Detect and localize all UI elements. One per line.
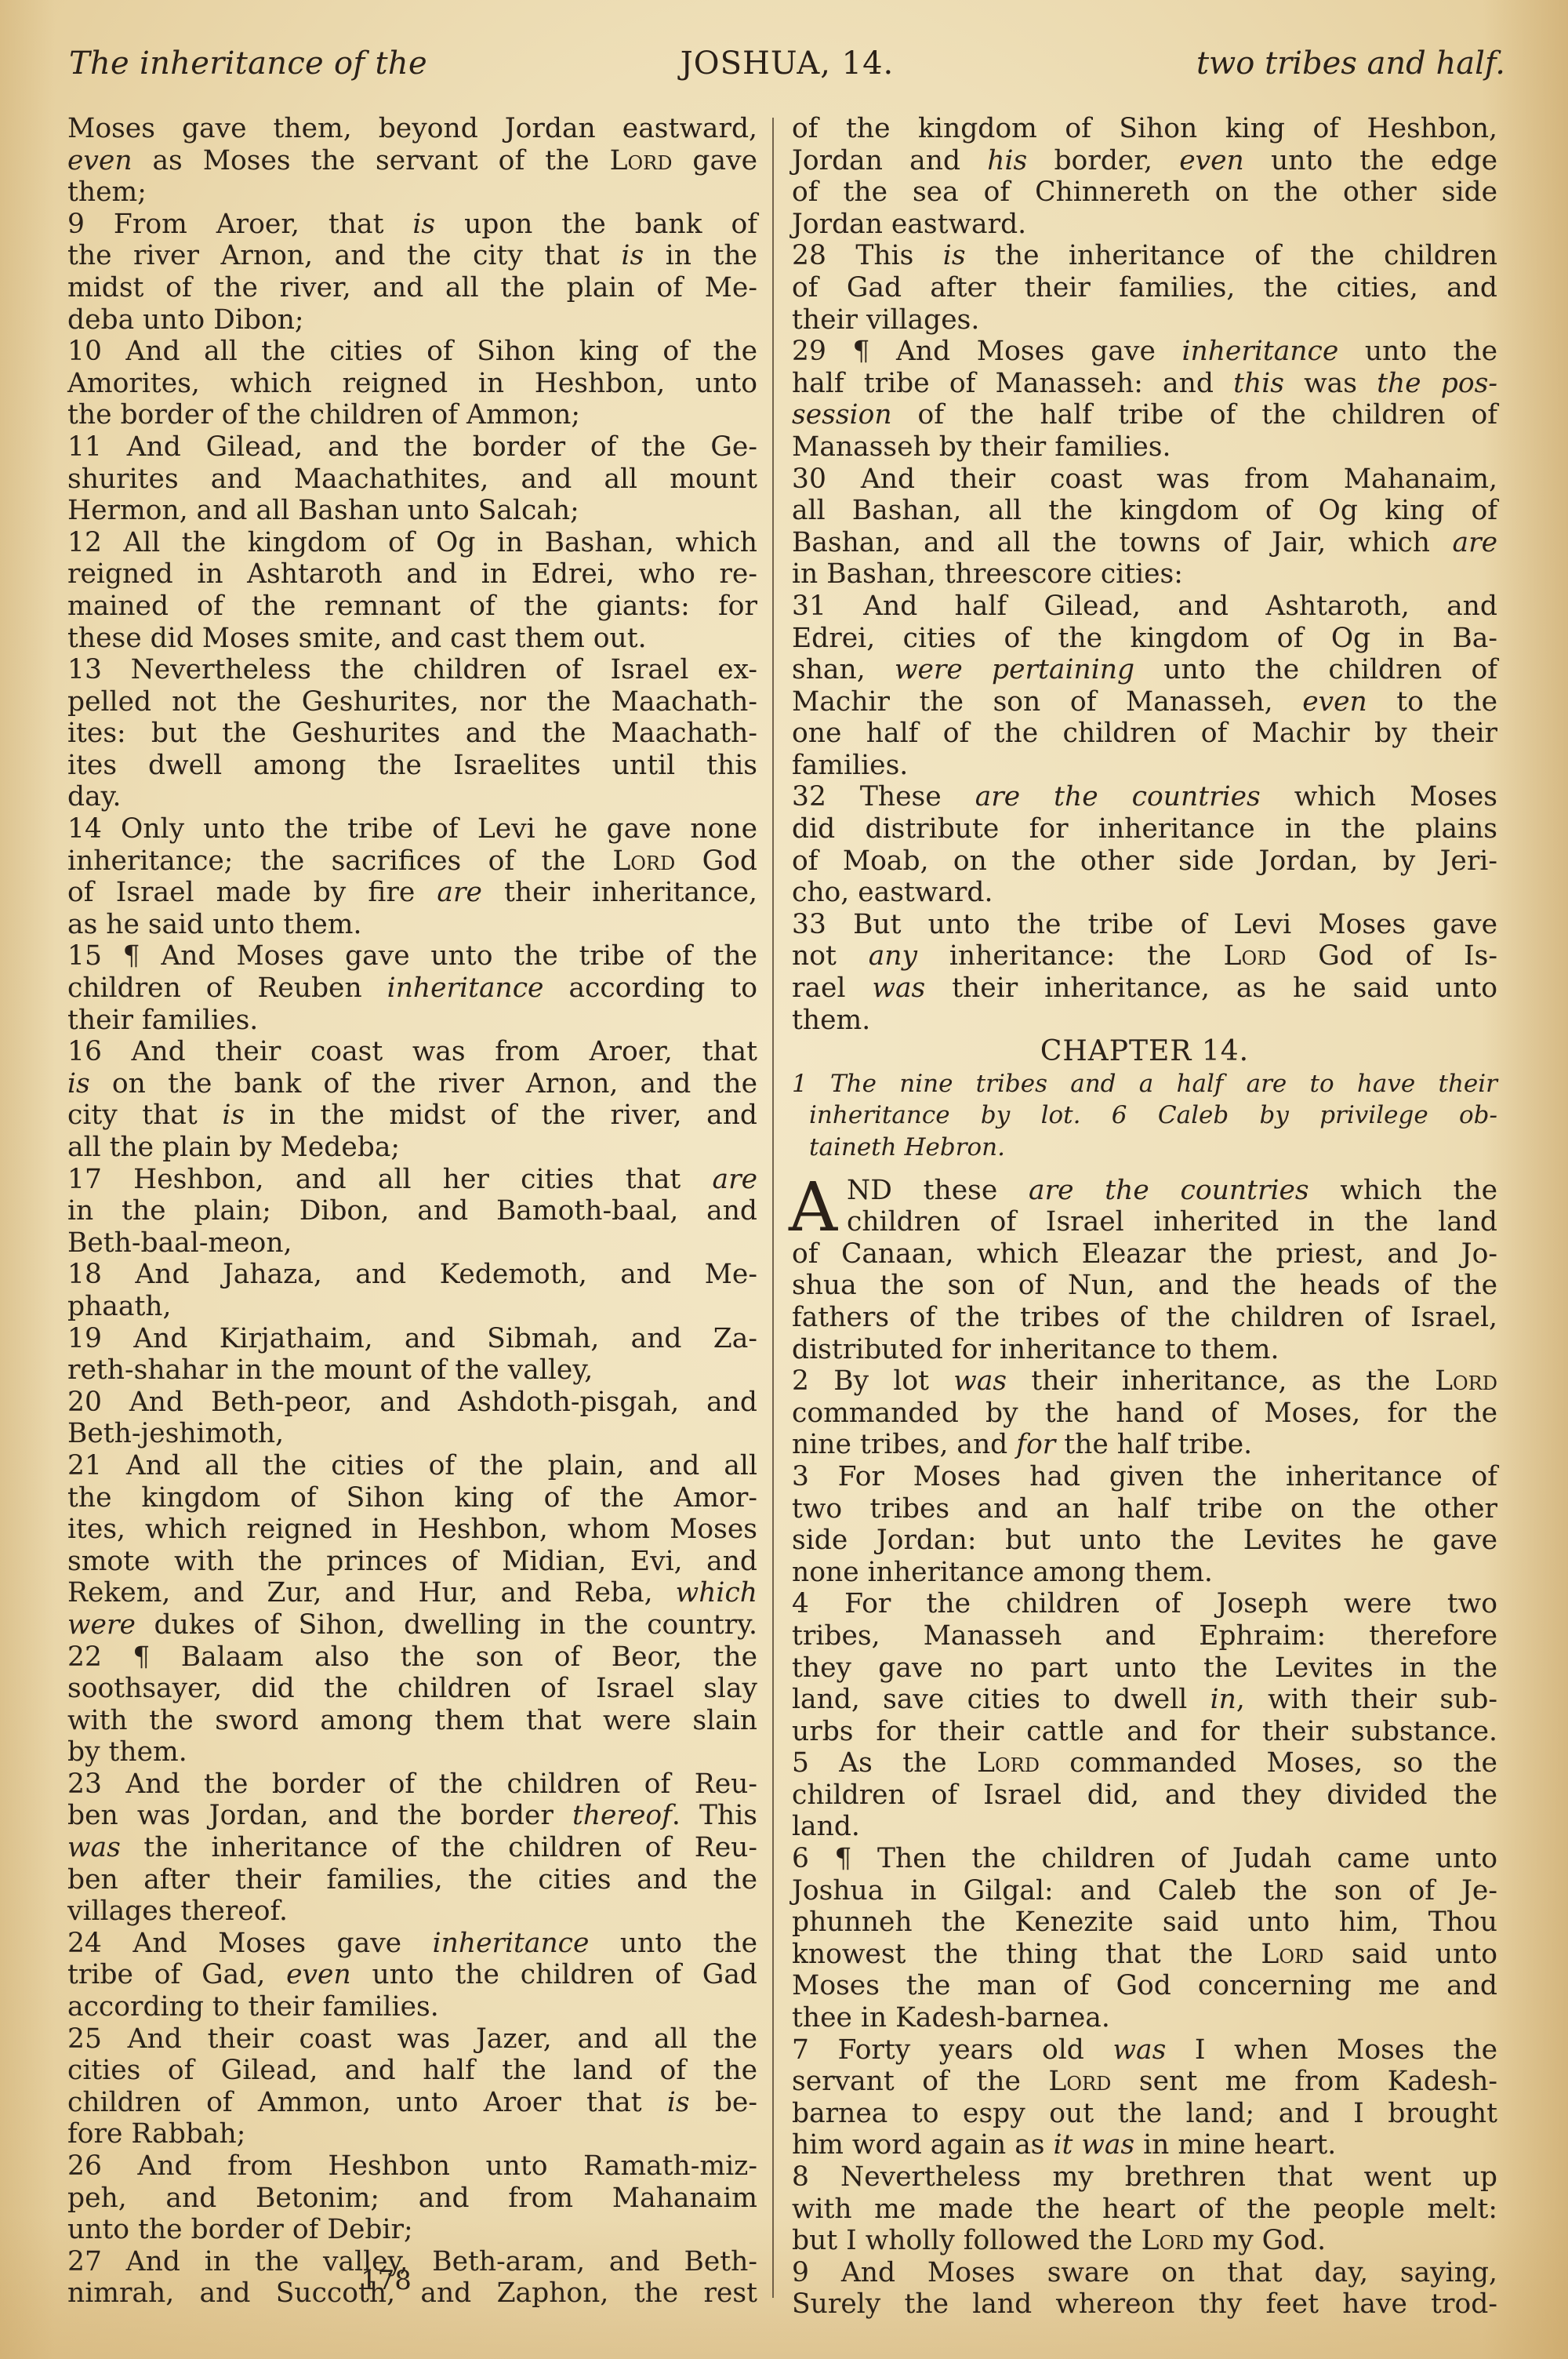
- text-line: the kingdom of Sihon king of the Amor-: [67, 1482, 757, 1514]
- text-line: children of Israel inherited in the land: [847, 1206, 1497, 1238]
- text-run: distributed for inheritance to them.: [792, 1334, 1279, 1365]
- text-run: , with their sub-: [1236, 1684, 1497, 1715]
- text-run: 26 And from Heshbon unto Ramath-miz-: [67, 2150, 757, 2182]
- text-run: 17 Heshbon, and all her cities that: [67, 1164, 713, 1195]
- text-run: knowest the thing that the: [792, 1939, 1261, 1970]
- text-line: 18 And Jahaza, and Kedemoth, and Me-: [67, 1259, 757, 1291]
- italic-supplied-word: is: [621, 240, 644, 271]
- text-run: the river Arnon, and the city that: [67, 240, 621, 271]
- text-line: 7 Forty years old was I when Moses the: [792, 2034, 1497, 2066]
- text-line: shurites and Maachathites, and all mount: [67, 463, 757, 496]
- text-line: with the sword among them that were slai…: [67, 1705, 757, 1737]
- text-line: smote with the princes of Midian, Evi, a…: [67, 1546, 757, 1578]
- text-line: deba unto Dibon;: [67, 304, 757, 336]
- text-run: border,: [1027, 145, 1179, 176]
- text-line: session of the half tribe of the childre…: [792, 399, 1497, 431]
- text-line: mained of the remnant of the giants: for: [67, 591, 757, 623]
- text-line: Hermon, and all Bashan unto Salcah;: [67, 495, 757, 527]
- text-run: their inheritance, as he said unto: [925, 972, 1497, 1004]
- text-line: 6 ¶ Then the children of Judah came unto: [792, 1843, 1497, 1875]
- text-line: of Canaan, which Eleazar the priest, and…: [792, 1238, 1497, 1270]
- text-line: 12 All the kingdom of Og in Bashan, whic…: [67, 527, 757, 559]
- text-line: Rekem, and Zur, and Hur, and Reba, which: [67, 1577, 757, 1609]
- text-line: urbs for their cattle and for their subs…: [792, 1716, 1497, 1748]
- text-run: ben was Jordan, and the border: [67, 1800, 572, 1831]
- text-line: 31 And half Gilead, and Ashtaroth, and: [792, 591, 1497, 623]
- text-run: unto the: [589, 1928, 757, 1959]
- text-run: their inheritance,: [482, 877, 757, 908]
- text-line: side Jordan: but unto the Levites he gav…: [792, 1525, 1497, 1557]
- text-line: land.: [792, 1811, 1497, 1843]
- text-run: tribe of Gad,: [67, 1959, 286, 1990]
- text-run: children of Ammon, unto Aroer that: [67, 2087, 667, 2118]
- small-caps-lord: Lord: [1224, 940, 1287, 972]
- text-line: ben was Jordan, and the border thereof. …: [67, 1800, 757, 1832]
- text-run: of the sea of Chinnereth on the other si…: [792, 176, 1497, 208]
- text-line: reth-shahar in the mount of the valley,: [67, 1354, 757, 1387]
- text-line: 11 And Gilead, and the border of the Ge-: [67, 431, 757, 463]
- text-line: them;: [67, 176, 757, 209]
- text-run: 29 ¶ And Moses gave: [792, 336, 1181, 367]
- text-line: even as Moses the servant of the Lord ga…: [67, 145, 757, 177]
- text-run: children of Israel inherited in the land: [847, 1206, 1497, 1238]
- italic-supplied-word: are: [713, 1164, 757, 1195]
- text-line: 16 And their coast was from Aroer, that: [67, 1036, 757, 1068]
- chapter-heading: CHAPTER 14.: [792, 1036, 1497, 1068]
- text-run: God of Is-: [1286, 940, 1497, 972]
- text-run: villages thereof.: [67, 1896, 288, 1927]
- italic-supplied-word: was: [67, 1832, 121, 1863]
- text-run: my God.: [1204, 2225, 1327, 2256]
- text-line: 14 Only unto the tribe of Levi he gave n…: [67, 813, 757, 845]
- text-run: 20 And Beth-peor, and Ashdoth-pisgah, an…: [67, 1387, 757, 1418]
- text-run: Rekem, and Zur, and Hur, and Reba,: [67, 1577, 676, 1608]
- text-run: which Moses: [1261, 781, 1497, 812]
- italic-supplied-word: his: [987, 145, 1027, 176]
- text-line: 17 Heshbon, and all her cities that are: [67, 1164, 757, 1196]
- text-line: tribes, Manasseh and Ephraim: therefore: [792, 1620, 1497, 1652]
- text-run: Beth-jeshimoth,: [67, 1418, 284, 1449]
- text-run: unto the children of: [1134, 654, 1497, 685]
- text-line: in Bashan, threescore cities:: [792, 558, 1497, 591]
- text-run: peh, and Betonim; and from Mahanaim: [67, 2183, 757, 2214]
- text-run: 5 As the: [792, 1747, 977, 1779]
- italic-supplied-word: inheritance: [1181, 336, 1338, 367]
- text-line: of the kingdom of Sihon king of Heshbon,: [792, 113, 1497, 145]
- text-run: half tribe of Manasseh: and: [792, 368, 1233, 399]
- text-line: 21 And all the cities of the plain, and …: [67, 1450, 757, 1482]
- text-run: which the: [1309, 1175, 1497, 1206]
- text-run: cities of Gilead, and half the land of t…: [67, 2055, 757, 2086]
- italic-supplied-word: which: [676, 1577, 757, 1608]
- text-run: Machir the son of Manasseh,: [792, 686, 1302, 718]
- text-run: them.: [792, 1005, 870, 1036]
- text-run: soothsayer, did the children of Israel s…: [67, 1673, 757, 1704]
- text-line: unto the border of Debir;: [67, 2214, 757, 2246]
- text-run: the border of the children of Ammon;: [67, 399, 580, 431]
- text-run: 6 ¶ Then the children of Judah came unto: [792, 1843, 1497, 1874]
- text-run: according to: [543, 972, 757, 1004]
- text-run: 10 And all the cities of Sihon king of t…: [67, 336, 757, 367]
- italic-supplied-word: even: [67, 145, 132, 176]
- left-column: Moses gave them, beyond Jordan eastward,…: [67, 113, 757, 2310]
- text-line: him word again as it was in mine heart.: [792, 2129, 1497, 2161]
- text-run: in the midst of the river, and: [245, 1100, 757, 1131]
- italic-supplied-word: was: [953, 1365, 1007, 1397]
- text-run: ites dwell among the Israelites until th…: [67, 750, 757, 781]
- text-line: these did Moses smite, and cast them out…: [67, 623, 757, 655]
- text-run: their villages.: [792, 304, 979, 336]
- text-line: commanded by the hand of Moses, for the: [792, 1398, 1497, 1430]
- text-run: not: [792, 940, 869, 972]
- text-run: Joshua in Gilgal: and Caleb the son of J…: [792, 1875, 1497, 1906]
- text-run: ND these: [847, 1175, 1029, 1206]
- text-run: of Moab, on the other side Jordan, by Je…: [792, 845, 1497, 877]
- text-line: children of Reuben inheritance according…: [67, 972, 757, 1005]
- text-line: 33 But unto the tribe of Levi Moses gave: [792, 909, 1497, 941]
- text-line: families.: [792, 750, 1497, 782]
- text-line: Beth-baal-meon,: [67, 1227, 757, 1259]
- text-line: 24 And Moses gave inheritance unto the: [67, 1928, 757, 1960]
- text-line: 5 As the Lord commanded Moses, so the: [792, 1747, 1497, 1779]
- italic-supplied-word: are: [437, 877, 481, 908]
- italic-supplied-word: were: [67, 1609, 136, 1641]
- page-shadow-left: [0, 0, 55, 2359]
- text-run: reigned in Ashtaroth and in Edrei, who r…: [67, 558, 757, 590]
- text-line: midst of the river, and all the plain of…: [67, 272, 757, 304]
- text-run: rael: [792, 972, 872, 1004]
- italic-supplied-word: any: [869, 940, 917, 972]
- text-run: tribes, Manasseh and Ephraim: therefore: [792, 1620, 1497, 1652]
- text-run: as Moses the servant of the: [132, 145, 610, 176]
- text-run: dukes of Sihon, dwelling in the country.: [136, 1609, 757, 1641]
- italic-supplied-word: are the countries: [975, 781, 1261, 812]
- text-run: 24 And Moses gave: [67, 1928, 433, 1959]
- text-line: thee in Kadesh-barnea.: [792, 2002, 1497, 2034]
- text-line: all the plain by Medeba;: [67, 1132, 757, 1164]
- text-line: Moses the man of God concerning me and: [792, 1970, 1497, 2002]
- text-run: these did Moses smite, and cast them out…: [67, 623, 647, 654]
- text-run: 28 This: [792, 240, 943, 271]
- text-run: shua the son of Nun, and the heads of th…: [792, 1270, 1497, 1301]
- italic-supplied-word: were pertaining: [895, 654, 1134, 685]
- italic-supplied-word: in: [1210, 1684, 1236, 1715]
- text-run: thee in Kadesh-barnea.: [792, 2002, 1110, 2034]
- text-line: cho, eastward.: [792, 877, 1497, 909]
- text-run: 22 ¶ Balaam also the son of Beor, the: [67, 1641, 757, 1673]
- text-line: Moses gave them, beyond Jordan eastward,: [67, 113, 757, 145]
- text-run: commanded by the hand of Moses, for the: [792, 1398, 1497, 1429]
- right-column: of the kingdom of Sihon king of Heshbon,…: [792, 113, 1497, 2321]
- text-run: sent me from Kadesh-: [1111, 2066, 1497, 2097]
- text-run: 31 And half Gilead, and Ashtaroth, and: [792, 591, 1497, 622]
- text-line: they gave no part unto the Levites in th…: [792, 1652, 1497, 1685]
- small-caps-lord: Lord: [612, 845, 675, 877]
- text-line: 19 And Kirjathaim, and Sibmah, and Za-: [67, 1323, 757, 1355]
- text-line: Surely the land whereon thy feet have tr…: [792, 2288, 1497, 2321]
- text-line: their villages.: [792, 304, 1497, 336]
- text-run: 9 From Aroer, that: [67, 209, 412, 240]
- text-line: day.: [67, 781, 757, 813]
- text-run: with me made the heart of the people mel…: [792, 2194, 1497, 2225]
- text-line: of the sea of Chinnereth on the other si…: [792, 176, 1497, 209]
- text-line: 22 ¶ Balaam also the son of Beor, the: [67, 1641, 757, 1674]
- text-line: ites: but the Geshurites and the Maachat…: [67, 718, 757, 750]
- text-line: none inheritance among them.: [792, 1557, 1497, 1589]
- text-run: Moses gave them, beyond Jordan eastward,: [67, 113, 757, 144]
- chapter-summary: 1 The nine tribes and a half are to have…: [792, 1068, 1497, 1164]
- text-line: inheritance; the sacrifices of the Lord …: [67, 845, 757, 878]
- text-run: Hermon, and all Bashan unto Salcah;: [67, 495, 579, 526]
- text-line: did distribute for inheritance in the pl…: [792, 813, 1497, 845]
- text-run: I when Moses the: [1166, 2034, 1497, 2066]
- text-run: 25 And their coast was Jazer, and all th…: [67, 2023, 757, 2055]
- text-run: as he said unto them.: [67, 909, 361, 940]
- text-line: half tribe of Manasseh: and this was the…: [792, 368, 1497, 400]
- text-line: 28 This is the inheritance of the childr…: [792, 240, 1497, 272]
- text-line: 13 Nevertheless the children of Israel e…: [67, 654, 757, 686]
- text-run: reth-shahar in the mount of the valley,: [67, 1354, 593, 1386]
- italic-supplied-word: is: [667, 2087, 690, 2118]
- text-line: according to their families.: [67, 1991, 757, 2023]
- text-run: Manasseh by their families.: [792, 431, 1171, 463]
- right-column-verses: of the kingdom of Sihon king of Heshbon,…: [792, 113, 1497, 1036]
- text-run: with the sword among them that were slai…: [67, 1705, 757, 1736]
- text-run: 30 And their coast was from Mahanaim,: [792, 463, 1497, 495]
- text-run: 8 Nevertheless my brethren that went up: [792, 2161, 1497, 2193]
- italic-supplied-word: is: [412, 209, 435, 240]
- text-run: land.: [792, 1811, 860, 1842]
- text-run: inheritance; the sacrifices of the: [67, 845, 612, 877]
- text-run: children of Israel did, and they divided…: [792, 1779, 1497, 1811]
- text-run: fore Rabbah;: [67, 2118, 245, 2150]
- text-run: the inheritance of the children of Reu-: [121, 1832, 757, 1863]
- text-run: 3 For Moses had given the inheritance of: [792, 1461, 1497, 1492]
- small-caps-lord: Lord: [610, 145, 673, 176]
- text-run: Moses the man of God concerning me and: [792, 1970, 1497, 2001]
- text-line: their families.: [67, 1005, 757, 1037]
- text-line: of Israel made by fire are their inherit…: [67, 877, 757, 909]
- text-line: ben after their families, the cities and…: [67, 1864, 757, 1896]
- text-run: of Canaan, which Eleazar the priest, and…: [792, 1238, 1497, 1270]
- text-line: fore Rabbah;: [67, 2118, 757, 2150]
- text-run: 12 All the kingdom of Og in Bashan, whic…: [67, 527, 757, 558]
- text-run: 11 And Gilead, and the border of the Ge-: [67, 431, 757, 463]
- text-line: shan, were pertaining unto the children …: [792, 654, 1497, 686]
- text-run: ites, which reigned in Heshbon, whom Mos…: [67, 1514, 757, 1545]
- text-run: 9 And Moses sware on that day, saying,: [792, 2257, 1497, 2288]
- italic-supplied-word: is: [67, 1068, 90, 1100]
- text-run: 19 And Kirjathaim, and Sibmah, and Za-: [67, 1323, 757, 1354]
- italic-supplied-word: are: [1453, 527, 1497, 558]
- text-run: 7 Forty years old: [792, 2034, 1112, 2066]
- italic-supplied-word: session: [792, 399, 892, 431]
- text-run: but I wholly followed the: [792, 2225, 1142, 2256]
- text-run: one half of the children of Machir by th…: [792, 718, 1497, 749]
- text-run: their families.: [67, 1005, 258, 1036]
- text-line: tribe of Gad, even unto the children of …: [67, 1959, 757, 1991]
- bible-page: The inheritance of the JOSHUA, 14. two t…: [0, 0, 1568, 2359]
- text-run: ites: but the Geshurites and the Maachat…: [67, 718, 757, 749]
- text-line: the border of the children of Ammon;: [67, 399, 757, 431]
- text-line: Joshua in Gilgal: and Caleb the son of J…: [792, 1875, 1497, 1907]
- text-run: 15 ¶ And Moses gave unto the tribe of th…: [67, 940, 757, 972]
- text-run: barnea to espy out the land; and I broug…: [792, 2098, 1497, 2129]
- text-line: Amorites, which reigned in Heshbon, unto: [67, 368, 757, 400]
- italic-supplied-word: thereof: [572, 1800, 672, 1831]
- italic-supplied-word: for: [1016, 1429, 1055, 1460]
- text-run: they gave no part unto the Levites in th…: [792, 1652, 1497, 1684]
- small-caps-lord: Lord: [1142, 2225, 1204, 2256]
- text-run: . This: [672, 1800, 757, 1831]
- text-run: Amorites, which reigned in Heshbon, unto: [67, 368, 757, 399]
- text-line: of Moab, on the other side Jordan, by Je…: [792, 845, 1497, 878]
- text-line: 4 For the children of Joseph were two: [792, 1588, 1497, 1620]
- text-run: their inheritance, as the: [1007, 1365, 1435, 1397]
- text-line: but I wholly followed the Lord my God.: [792, 2225, 1497, 2257]
- running-head: The inheritance of the JOSHUA, 14. two t…: [69, 41, 1505, 88]
- text-run: of the kingdom of Sihon king of Heshbon,: [792, 113, 1497, 144]
- text-run: cho, eastward.: [792, 877, 993, 908]
- text-line: were dukes of Sihon, dwelling in the cou…: [67, 1609, 757, 1641]
- text-run: in Bashan, threescore cities:: [792, 558, 1183, 590]
- spacer: [792, 1164, 1497, 1175]
- text-line: Manasseh by their families.: [792, 431, 1497, 463]
- text-run: nine tribes, and: [792, 1429, 1016, 1460]
- text-line: barnea to espy out the land; and I broug…: [792, 2098, 1497, 2130]
- text-run: did distribute for inheritance in the pl…: [792, 813, 1497, 845]
- text-line: 30 And their coast was from Mahanaim,: [792, 463, 1497, 496]
- text-line: in the plain; Dibon, and Bamoth-baal, an…: [67, 1195, 757, 1227]
- text-line: ites dwell among the Israelites until th…: [67, 750, 757, 782]
- text-line: 23 And the border of the children of Reu…: [67, 1768, 757, 1801]
- text-line: knowest the thing that the Lord said unt…: [792, 1939, 1497, 1971]
- text-run: day.: [67, 781, 122, 812]
- text-run: side Jordan: but unto the Levites he gav…: [792, 1525, 1497, 1556]
- text-line: the river Arnon, and the city that is in…: [67, 240, 757, 272]
- text-line: 9 And Moses sware on that day, saying,: [792, 2257, 1497, 2289]
- text-run: of Israel made by fire: [67, 877, 437, 908]
- text-line: 2 By lot was their inheritance, as the L…: [792, 1365, 1497, 1398]
- text-run: all Bashan, all the kingdom of Og king o…: [792, 495, 1497, 526]
- text-run: in mine heart.: [1134, 2129, 1336, 2161]
- text-run: servant of the: [792, 2066, 1048, 2097]
- text-line: fathers of the tribes of the children of…: [792, 1302, 1497, 1334]
- text-run: Edrei, cities of the kingdom of Og in Ba…: [792, 623, 1497, 654]
- text-run: 33 But unto the tribe of Levi Moses gave: [792, 909, 1497, 940]
- text-line: phaath,: [67, 1291, 757, 1323]
- small-caps-lord: Lord: [1261, 1939, 1323, 1970]
- italic-supplied-word: it was: [1053, 2129, 1134, 2161]
- text-run: Jordan and: [792, 145, 987, 176]
- text-run: all the plain by Medeba;: [67, 1132, 400, 1163]
- text-run: Surely the land whereon thy feet have tr…: [792, 2288, 1497, 2320]
- text-run: unto the: [1338, 336, 1497, 367]
- text-run: 4 For the children of Joseph were two: [792, 1588, 1497, 1619]
- text-line: distributed for inheritance to them.: [792, 1334, 1497, 1366]
- text-line: shua the son of Nun, and the heads of th…: [792, 1270, 1497, 1302]
- text-run: shurites and Maachathites, and all mount: [67, 463, 757, 495]
- text-run: Beth-baal-meon,: [67, 1227, 292, 1259]
- text-run: unto the border of Debir;: [67, 2214, 413, 2245]
- text-run: midst of the river, and all the plain of…: [67, 272, 757, 304]
- text-line: Jordan eastward.: [792, 209, 1497, 241]
- text-run: fathers of the tribes of the children of…: [792, 1302, 1497, 1333]
- text-run: land, save cities to dwell: [792, 1684, 1210, 1715]
- text-line: 3 For Moses had given the inheritance of: [792, 1461, 1497, 1493]
- text-run: be-: [690, 2087, 757, 2118]
- text-run: mained of the remnant of the giants: for: [67, 591, 757, 622]
- italic-supplied-word: the pos-: [1377, 368, 1497, 399]
- text-run: phaath,: [67, 1291, 172, 1322]
- text-run: phunneh the Kenezite said unto him, Thou: [792, 1906, 1497, 1938]
- chapter-opening: A ND these are the countries which thech…: [792, 1175, 1497, 1238]
- page-number: 178: [0, 2265, 772, 2296]
- text-run: 18 And Jahaza, and Kedemoth, and Me-: [67, 1259, 757, 1290]
- text-run: him word again as: [792, 2129, 1053, 2161]
- text-line: two tribes and an half tribe on the othe…: [792, 1493, 1497, 1525]
- text-run: deba unto Dibon;: [67, 304, 304, 336]
- small-caps-lord: Lord: [977, 1747, 1040, 1779]
- text-run: in the: [644, 240, 757, 271]
- text-line: is on the bank of the river Arnon, and t…: [67, 1068, 757, 1100]
- text-line: by them.: [67, 1736, 757, 1768]
- text-run: ben after their families, the cities and…: [67, 1864, 757, 1896]
- italic-supplied-word: inheritance: [433, 1928, 590, 1959]
- text-run: them;: [67, 176, 147, 208]
- text-line: rael was their inheritance, as he said u…: [792, 972, 1497, 1005]
- text-line: not any inheritance: the Lord God of Is-: [792, 940, 1497, 972]
- text-run: gave: [673, 145, 758, 176]
- text-run: God: [675, 845, 757, 877]
- text-run: unto the edge: [1244, 145, 1497, 176]
- text-line: them.: [792, 1005, 1497, 1037]
- text-line: phunneh the Kenezite said unto him, Thou: [792, 1906, 1497, 1939]
- chapter-summary-line: inheritance by lot. 6 Caleb by privilege…: [792, 1100, 1497, 1132]
- text-line: pelled not the Geshurites, nor the Maach…: [67, 686, 757, 718]
- text-run: of Gad after their families, the cities,…: [792, 272, 1497, 304]
- chapter-summary-line: taineth Hebron.: [792, 1132, 1497, 1164]
- text-run: inheritance: the: [917, 940, 1224, 972]
- text-run: commanded Moses, so the: [1040, 1747, 1497, 1779]
- text-line: children of Ammon, unto Aroer that is be…: [67, 2087, 757, 2119]
- text-run: 2 By lot: [792, 1365, 953, 1397]
- text-run: on the bank of the river Arnon, and the: [90, 1068, 757, 1100]
- text-run: 21 And all the cities of the plain, and …: [67, 1450, 757, 1481]
- text-line: as he said unto them.: [67, 909, 757, 941]
- chapter-opening-lines: ND these are the countries which thechil…: [792, 1175, 1497, 1238]
- italic-supplied-word: are the countries: [1029, 1175, 1309, 1206]
- text-run: the inheritance of the children: [966, 240, 1497, 271]
- text-line: with me made the heart of the people mel…: [792, 2194, 1497, 2226]
- text-line: soothsayer, did the children of Israel s…: [67, 1673, 757, 1705]
- text-line: ites, which reigned in Heshbon, whom Mos…: [67, 1514, 757, 1546]
- text-run: shan,: [792, 654, 895, 685]
- text-line: 29 ¶ And Moses gave inheritance unto the: [792, 336, 1497, 368]
- text-line: villages thereof.: [67, 1896, 757, 1928]
- text-line: city that is in the midst of the river, …: [67, 1100, 757, 1132]
- text-run: by them.: [67, 1736, 187, 1768]
- text-line: servant of the Lord sent me from Kadesh-: [792, 2066, 1497, 2098]
- text-run: two tribes and an half tribe on the othe…: [792, 1493, 1497, 1525]
- text-run: 32 These: [792, 781, 975, 812]
- text-line: was the inheritance of the children of R…: [67, 1832, 757, 1864]
- text-run: city that: [67, 1100, 222, 1131]
- text-line: Jordan and his border, even unto the edg…: [792, 145, 1497, 177]
- italic-supplied-word: was: [1112, 2034, 1166, 2066]
- text-run: pelled not the Geshurites, nor the Maach…: [67, 686, 757, 718]
- text-run: 23 And the border of the children of Reu…: [67, 1768, 757, 1800]
